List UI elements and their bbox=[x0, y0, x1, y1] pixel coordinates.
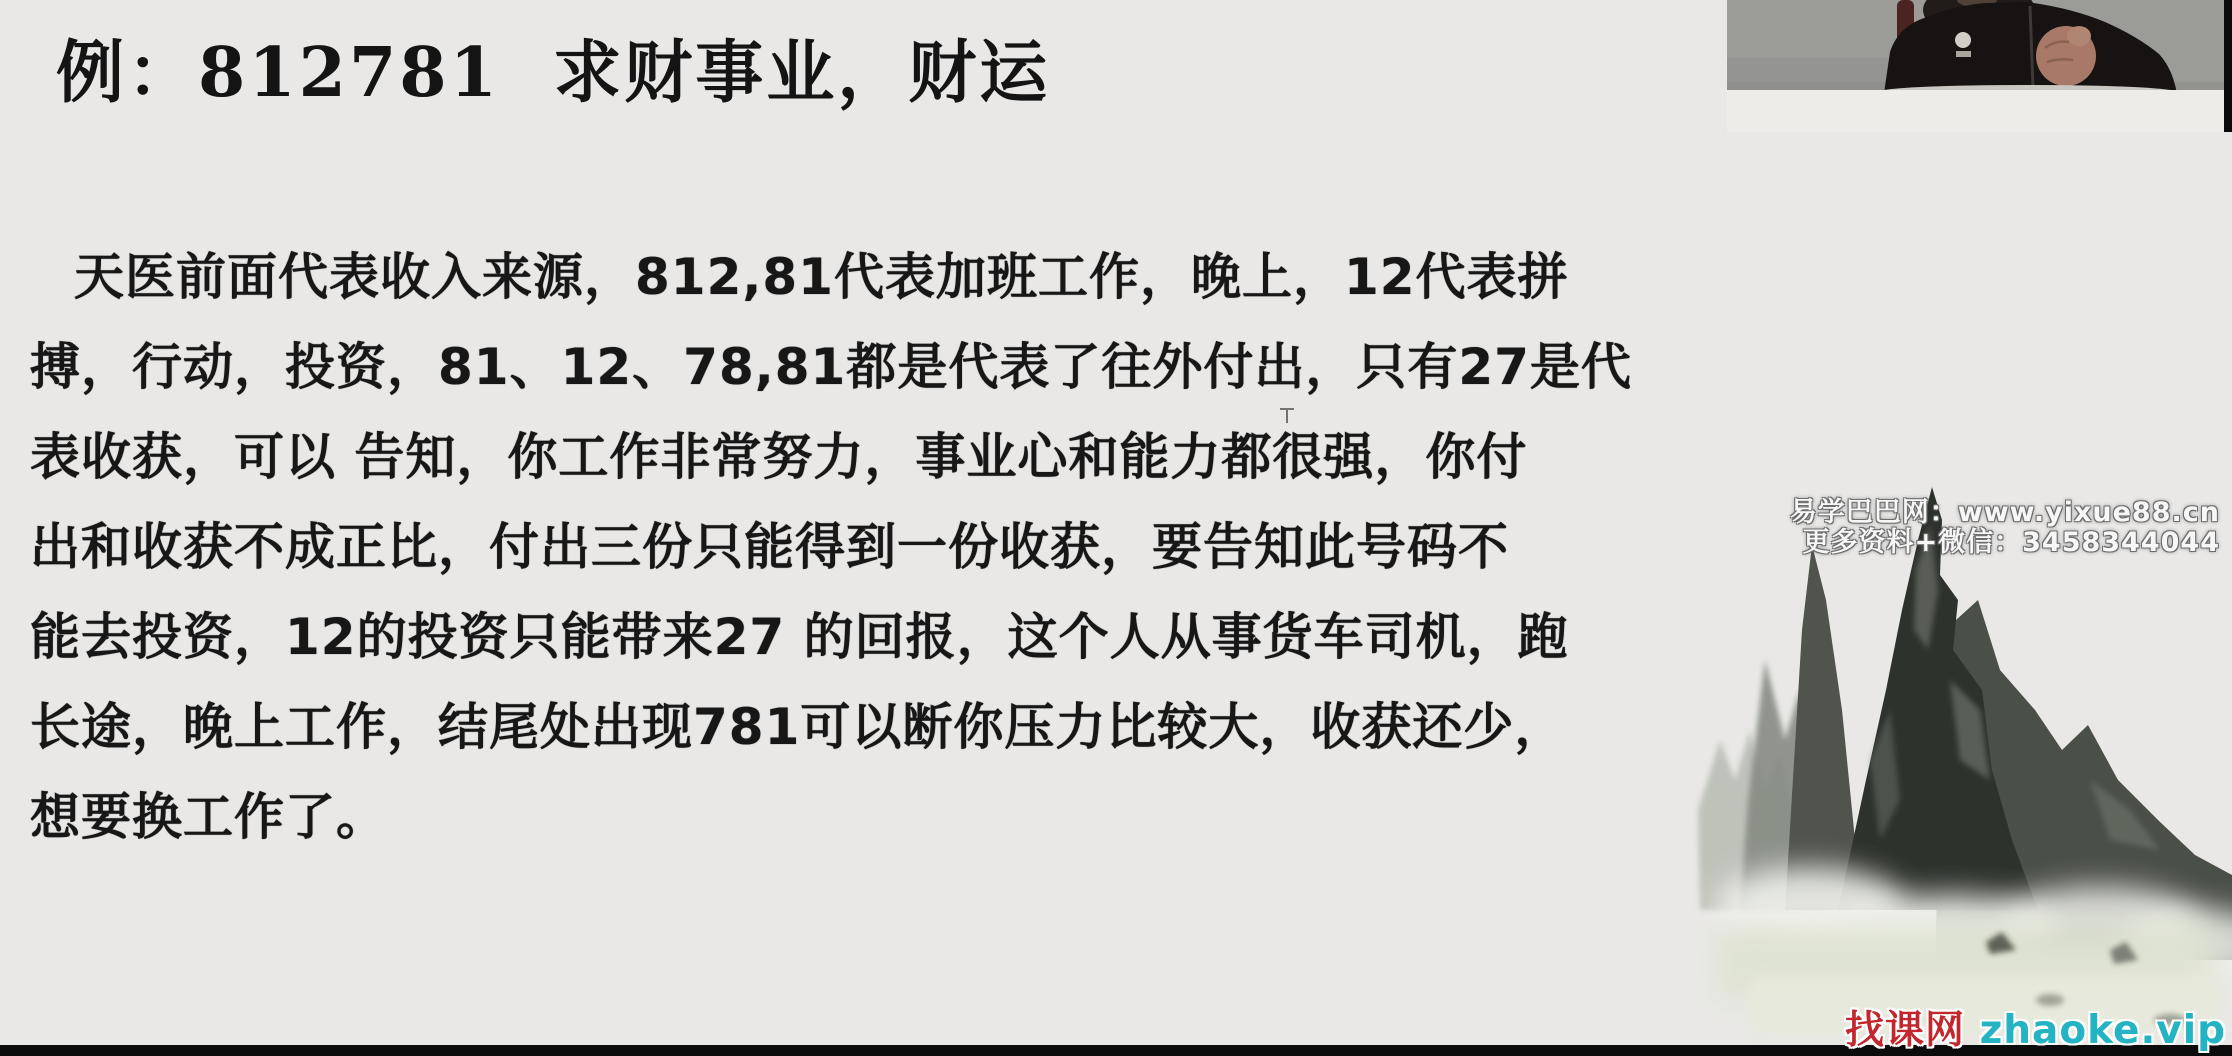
ink-mountain-art bbox=[1690, 480, 2232, 1044]
body-line: 表收获，可以 告知，你工作非常努力，事业心和能力都很强，你付 bbox=[30, 412, 1650, 502]
slide-title: 例：812781 求财事业，财运 bbox=[56, 26, 1050, 120]
zhaoke-site-domain: zhaoke.vip bbox=[1980, 1008, 2226, 1053]
site-watermark-line1: 易学巴巴网：www.yixue88.cn bbox=[1790, 498, 2220, 528]
body-line: 能去投资，12的投资只能带来27 的回报，这个人从事货车司机，跑 bbox=[30, 592, 1650, 682]
zhaoke-watermark: 找课网 zhaoke.vip bbox=[1845, 999, 2226, 1055]
slide-body: 天医前面代表收入来源，812,81代表加班工作，晚上，12代表拼 搏，行动，投资… bbox=[30, 232, 1650, 862]
desk bbox=[1727, 90, 2232, 132]
body-line: 搏，行动，投资，81、12、78,81都是代表了往外付出，只有27是代 bbox=[30, 322, 1650, 412]
body-line: 出和收获不成正比，付出三份只能得到一份收获，要告知此号码不 bbox=[30, 502, 1650, 592]
body-line: 长途，晚上工作，结尾处出现781可以断你压力比较大，收获还少， bbox=[30, 682, 1650, 772]
jacket-logo bbox=[1955, 32, 1971, 48]
video-edge-bar bbox=[2224, 0, 2232, 132]
zhaoke-site-name: 找课网 bbox=[1845, 1008, 1965, 1053]
text-cursor-icon bbox=[1280, 408, 1294, 424]
webcam-video bbox=[1727, 0, 2232, 132]
video-frame: 例：812781 求财事业，财运 天医前面代表收入来源，812,81代表加班工作… bbox=[0, 0, 2232, 1056]
site-watermark: 易学巴巴网：www.yixue88.cn 更多资料+微信：3458344044 bbox=[1790, 498, 2220, 558]
site-watermark-line2: 更多资料+微信：3458344044 bbox=[1790, 528, 2220, 558]
body-line: 想要换工作了。 bbox=[30, 772, 1650, 862]
body-line: 天医前面代表收入来源，812,81代表加班工作，晚上，12代表拼 bbox=[30, 232, 1650, 322]
